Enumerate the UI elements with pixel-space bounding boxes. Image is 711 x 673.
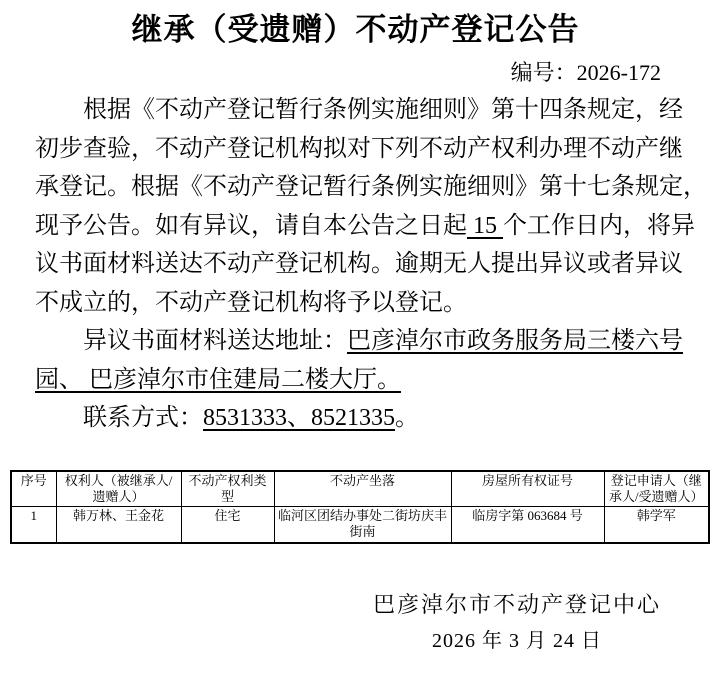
text-run: 不成立的，不动产登记机构将予以登记。 — [35, 290, 467, 316]
body-line: 园、 巴彦淖尔市住建局二楼大厅。 — [35, 361, 676, 400]
text-run: 承登记。根据《不动产登记暂行条例实施细则》第十七条规定， — [35, 174, 707, 200]
text-run: 议书面材料送达不动产登记机构。逾期无人提出异议或者异议 — [35, 251, 683, 277]
notice-page: 继承（受遗赠）不动产登记公告 编号：2026-172 根据《不动产登记暂行条例实… — [0, 0, 711, 673]
underlined-text: 园、 巴彦淖尔市住建局二楼大厅。 — [35, 367, 401, 393]
table-header-cell: 不动产坐落 — [274, 471, 451, 507]
body-line: 不成立的，不动产登记机构将予以登记。 — [35, 284, 676, 323]
body-line: 议书面材料送达不动产登记机构。逾期无人提出异议或者异议 — [35, 245, 676, 284]
table-row: 1韩万林、王金花住宅临河区团结办事处二街坊庆丰街南临房字第 063684 号韩学… — [11, 506, 709, 543]
body-line: 承登记。根据《不动产登记暂行条例实施细则》第十七条规定， — [35, 168, 676, 207]
issuer-name: 巴彦淖尔市不动产登记中心 — [373, 592, 661, 617]
table-body: 1韩万林、王金花住宅临河区团结办事处二街坊庆丰街南临房字第 063684 号韩学… — [11, 506, 709, 543]
issue-date: 2026 年 3 月 24 日 — [373, 630, 661, 653]
registration-table: 序号权利人（被继承人/遗赠人）不动产权利类型不动产坐落房屋所有权证号登记申请人（… — [10, 470, 710, 544]
table-cell: 韩学军 — [604, 506, 709, 543]
table-cell: 临河区团结办事处二街坊庆丰街南 — [274, 506, 451, 543]
body-line: 现予公告。如有异议，请自本公告之日起 15 个工作日内，将异 — [35, 207, 676, 246]
text-run: 。 — [395, 405, 419, 431]
text-run: 现予公告。如有异议，请自本公告之日起 — [35, 213, 467, 239]
body-line: 异议书面材料送达地址：巴彦淖尔市政务服务局三楼六号 — [35, 322, 676, 361]
table-cell: 临房字第 063684 号 — [451, 506, 604, 543]
text-run: 联系方式： — [83, 405, 203, 431]
table-cell: 住宅 — [181, 506, 274, 543]
text-run: 根据《不动产登记暂行条例实施细则》第十四条规定，经 — [83, 97, 683, 123]
body-line: 联系方式：8531333、8521335。 — [35, 399, 676, 438]
table-header-cell: 序号 — [11, 471, 56, 507]
text-run: 初步查验，不动产登记机构拟对下列不动产权利办理不动产继 — [35, 136, 683, 162]
body-text: 根据《不动产登记暂行条例实施细则》第十四条规定，经初步查验，不动产登记机构拟对下… — [35, 91, 676, 438]
underlined-text: 巴彦淖尔市政务服务局三楼六号 — [347, 328, 683, 354]
table-cell: 韩万林、王金花 — [56, 506, 181, 543]
table-header-row: 序号权利人（被继承人/遗赠人）不动产权利类型不动产坐落房屋所有权证号登记申请人（… — [11, 471, 709, 507]
underlined-text: 15 — [467, 213, 503, 239]
table-head: 序号权利人（被继承人/遗赠人）不动产权利类型不动产坐落房屋所有权证号登记申请人（… — [11, 471, 709, 507]
footer: 巴彦淖尔市不动产登记中心 2026 年 3 月 24 日 — [373, 592, 661, 653]
table-header-cell: 登记申请人（继承人/受遗赠人） — [604, 471, 709, 507]
text-run: 个工作日内，将异 — [503, 213, 695, 239]
page-title: 继承（受遗赠）不动产登记公告 — [0, 0, 711, 50]
table-header-cell: 不动产权利类型 — [181, 471, 274, 507]
table-cell: 1 — [11, 506, 56, 543]
text-run: 异议书面材料送达地址： — [83, 328, 347, 354]
body-line: 初步查验，不动产登记机构拟对下列不动产权利办理不动产继 — [35, 130, 676, 169]
table-header-cell: 权利人（被继承人/遗赠人） — [56, 471, 181, 507]
underlined-text: 8531333、8521335 — [203, 405, 395, 431]
doc-number: 编号：2026-172 — [0, 60, 661, 85]
table-header-cell: 房屋所有权证号 — [451, 471, 604, 507]
body-line: 根据《不动产登记暂行条例实施细则》第十四条规定，经 — [35, 91, 676, 130]
